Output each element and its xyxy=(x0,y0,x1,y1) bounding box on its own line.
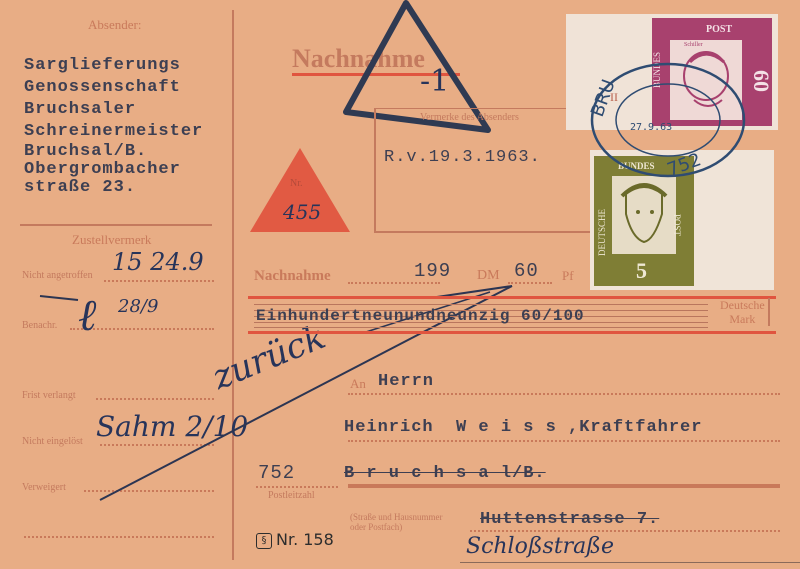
cod-triangle-number: 455 xyxy=(283,200,321,224)
recipient-street-handwritten: Schloßstraße xyxy=(466,534,614,559)
amount-in-words: Einhundertneunundneunzig 60/100 xyxy=(256,307,585,325)
stamp-value: 5 xyxy=(636,258,647,284)
recipient-postcode: 752 xyxy=(258,462,295,484)
currency-box-line-1: Deutsche xyxy=(720,298,765,312)
postmark-cancellation: BRU 752 27.9.63 xyxy=(586,58,752,184)
svg-text:752: 752 xyxy=(665,149,704,180)
bottom-rule xyxy=(460,562,800,563)
svg-text:27.9.63: 27.9.63 xyxy=(630,122,672,133)
portrait-albertus-magnus-icon xyxy=(612,176,676,254)
amount-dm: 199 xyxy=(414,260,451,282)
stamp-text-deutsche: DEUTSCHE xyxy=(597,209,607,256)
cod-postal-card: Absender: Sarglieferungs Genossenschaft … xyxy=(0,0,800,569)
recipient-an-label: An xyxy=(350,376,366,392)
pf-label: Pf xyxy=(562,268,574,284)
recipient-street: Huttenstrasse 7. xyxy=(480,510,659,529)
recipient-salutation: Herrn xyxy=(378,372,434,391)
recipient-line xyxy=(348,393,780,395)
street-label: (Straße und Hausnummer oder Postfach) xyxy=(350,512,442,532)
cod-triangle-label: Nr. xyxy=(290,178,303,189)
street-label-line-2: oder Postfach) xyxy=(350,522,442,532)
sender-notes-label: Vermerke des Absenders xyxy=(420,112,519,123)
amount-words-rule xyxy=(254,304,708,305)
dm-label: DM xyxy=(477,268,500,284)
street-line xyxy=(470,530,780,532)
publisher-logo-icon: § xyxy=(256,533,272,549)
amount-words-bottom-rule xyxy=(248,331,776,334)
amount-pf: 60 xyxy=(514,260,539,282)
amount-words-top-rule xyxy=(248,296,776,299)
street-label-line-1: (Straße und Hausnummer xyxy=(350,512,442,522)
ink-triangle-number: -1 xyxy=(420,64,449,99)
amount-words-rule xyxy=(254,327,708,328)
svg-text:BRU: BRU xyxy=(587,77,620,120)
sender-notes-box xyxy=(374,108,598,233)
stamp-portrait-name: Schiller xyxy=(684,42,703,48)
stamp-text-post: POST xyxy=(706,24,732,35)
pf-field-line xyxy=(508,282,552,284)
postcode-line xyxy=(256,486,338,488)
recipient-name: Heinrich W e i s s ,Kraftfahrer xyxy=(344,418,702,437)
recipient-city: B r u c h s a l/B. xyxy=(344,464,546,483)
recipient-line xyxy=(348,440,780,442)
city-rule xyxy=(348,484,780,488)
currency-box-line-2: Mark xyxy=(720,312,765,326)
currency-box: Deutsche Mark xyxy=(720,298,770,326)
amount-label: Nachnahme xyxy=(254,268,331,285)
form-number: Nr. 158 xyxy=(276,530,334,549)
sender-notes-value: R.v.19.3.1963. xyxy=(384,148,541,167)
stamp-text-post: POST xyxy=(672,214,682,236)
dm-field-line xyxy=(348,282,440,284)
postcode-label: Postleitzahl xyxy=(268,490,315,501)
stamp-portrait-frame xyxy=(612,176,676,254)
